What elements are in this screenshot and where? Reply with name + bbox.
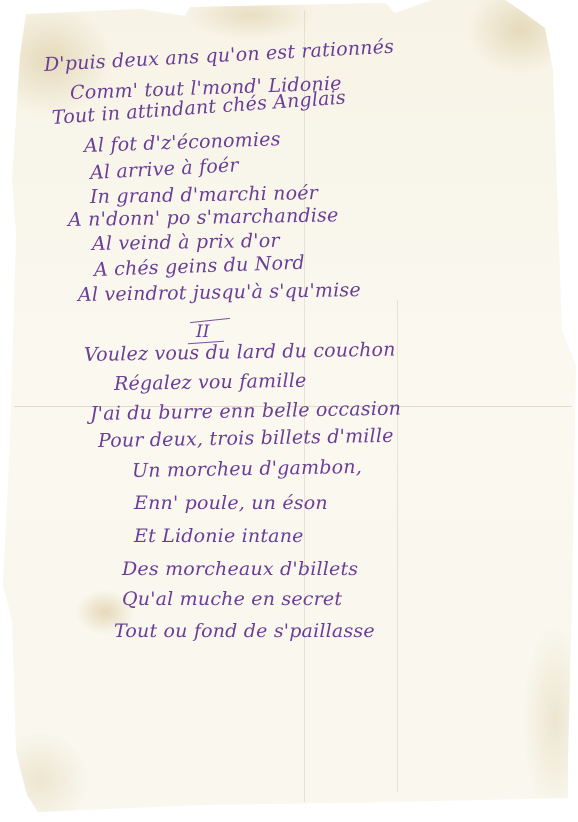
stanza-2-line-9: Qu'al muche en secret: [122, 588, 342, 610]
stanza-2-line-6: Enn' poule, un éson: [134, 492, 328, 514]
stanza-2-line-5: Un morcheu d'gambon,: [132, 456, 362, 482]
manuscript-page: D'puis deux ans qu'on est rationnés Comm…: [0, 0, 578, 822]
stanza-1-line-8: Al veind à prix d'or: [92, 230, 280, 255]
stanza-2-line-8: Des morcheaux d'billets: [122, 558, 358, 580]
stanza-1-line-7: A n'donn' po s'marchandise: [68, 204, 339, 231]
stanza-1-line-6: In grand d'marchi noér: [90, 182, 318, 208]
fold-crease-vertical-right: [397, 300, 398, 792]
stanza-2-line-7: Et Lidonie intane: [134, 525, 304, 547]
stanza-2-line-2: Régalez vou famille: [114, 370, 307, 395]
stanza-2-line-10: Tout ou fond de s'paillasse: [114, 620, 375, 642]
section-numeral: II: [196, 322, 209, 342]
